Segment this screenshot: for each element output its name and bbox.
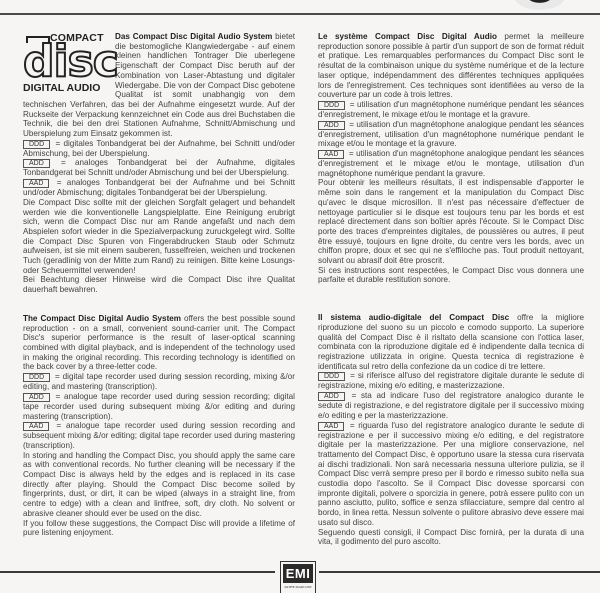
code-badge: DDD (23, 140, 50, 149)
emi-logo-subtitle: PATHE MARCONI (281, 585, 315, 589)
code-item: AAD = analoges Tonbandgerat bei der Aufn… (23, 178, 295, 198)
code-item: AAD = utilisation d'un magnétophone anal… (318, 149, 584, 178)
italian-section: Il sistema audio-digitale del Compact Di… (318, 313, 584, 547)
code-item: DDD = digitales Tonbandgerat bei der Auf… (23, 139, 295, 159)
code-item: DDD = utilisation d'un magnétophone numé… (318, 100, 584, 120)
bottom-divider-left (0, 571, 275, 573)
code-item: DDD = digital tape recorder used during … (23, 372, 295, 392)
french-heading: Le système Compact Disc Digital Audio (318, 32, 497, 41)
french-closing: Si ces instructions sont respectées, le … (318, 266, 584, 285)
german-care: Die Compact Disc sollte mit der gleichen… (23, 198, 295, 276)
french-care: Pour obtenir les meilleurs résultats, il… (318, 178, 584, 265)
code-badge: AAD (318, 422, 344, 431)
italian-closing: Seguendo questi consigli, il Compact Dis… (318, 528, 584, 547)
code-badge: AAD (23, 422, 49, 431)
code-badge: ADD (23, 159, 50, 168)
german-closing: Bei Beachtung dieser Hinweise wird die C… (23, 275, 295, 294)
code-badge: AAD (23, 179, 49, 188)
code-item: ADD = analoges Tonbandgerat bei der Aufn… (23, 158, 295, 178)
german-heading: Das Compact Disc Digital Audio System (115, 32, 272, 41)
code-item: ADD = utilisation d'un magnétophone anal… (318, 120, 584, 149)
english-closing: If you follow these suggestions, the Com… (23, 519, 295, 538)
code-badge: AAD (318, 150, 344, 159)
code-badge: ADD (318, 392, 345, 401)
code-item: ADD = analogue tape recorder used during… (23, 392, 295, 421)
code-badge: DDD (23, 373, 50, 382)
code-item: AAD = riguarda l'uso del registratore an… (318, 421, 584, 528)
bottom-divider-right (319, 571, 600, 573)
code-item: AAD = analogue tape recorder used during… (23, 421, 295, 450)
top-divider (0, 13, 600, 15)
code-item: DDD = si riferisce all'uso del registrat… (318, 371, 584, 391)
logo-digital-audio-text: DIGITAL AUDIO (23, 84, 100, 94)
english-heading: The Compact Disc Digital Audio System (23, 314, 181, 323)
italian-intro: Il sistema audio-digitale del Compact Di… (318, 313, 584, 371)
disc-image-edge (510, 0, 564, 12)
french-intro: Le système Compact Disc Digital Audio pe… (318, 32, 584, 100)
french-section: Le système Compact Disc Digital Audio pe… (318, 32, 584, 285)
left-column: COMPACT disc DIGITAL AUDIO Das Compact D… (23, 32, 295, 538)
english-care: In storing and handling the Compact Disc… (23, 451, 295, 519)
english-section: The Compact Disc Digital Audio System of… (23, 314, 295, 538)
italian-heading: Il sistema audio-digitale del Compact Di… (318, 313, 509, 322)
compact-disc-logo: COMPACT disc DIGITAL AUDIO (23, 34, 111, 94)
code-badge: ADD (318, 121, 345, 130)
code-badge: DDD (318, 372, 345, 381)
english-intro: The Compact Disc Digital Audio System of… (23, 314, 295, 372)
logo-disc-text: disc (23, 42, 118, 82)
emi-logo: EMI PATHE MARCONI (280, 561, 316, 593)
code-badge: DDD (318, 101, 345, 110)
code-item: ADD = sta ad indicare l'uso del registra… (318, 391, 584, 420)
right-column: Le système Compact Disc Digital Audio pe… (318, 32, 584, 547)
code-badge: ADD (23, 393, 50, 402)
emi-logo-text: EMI (283, 564, 313, 583)
